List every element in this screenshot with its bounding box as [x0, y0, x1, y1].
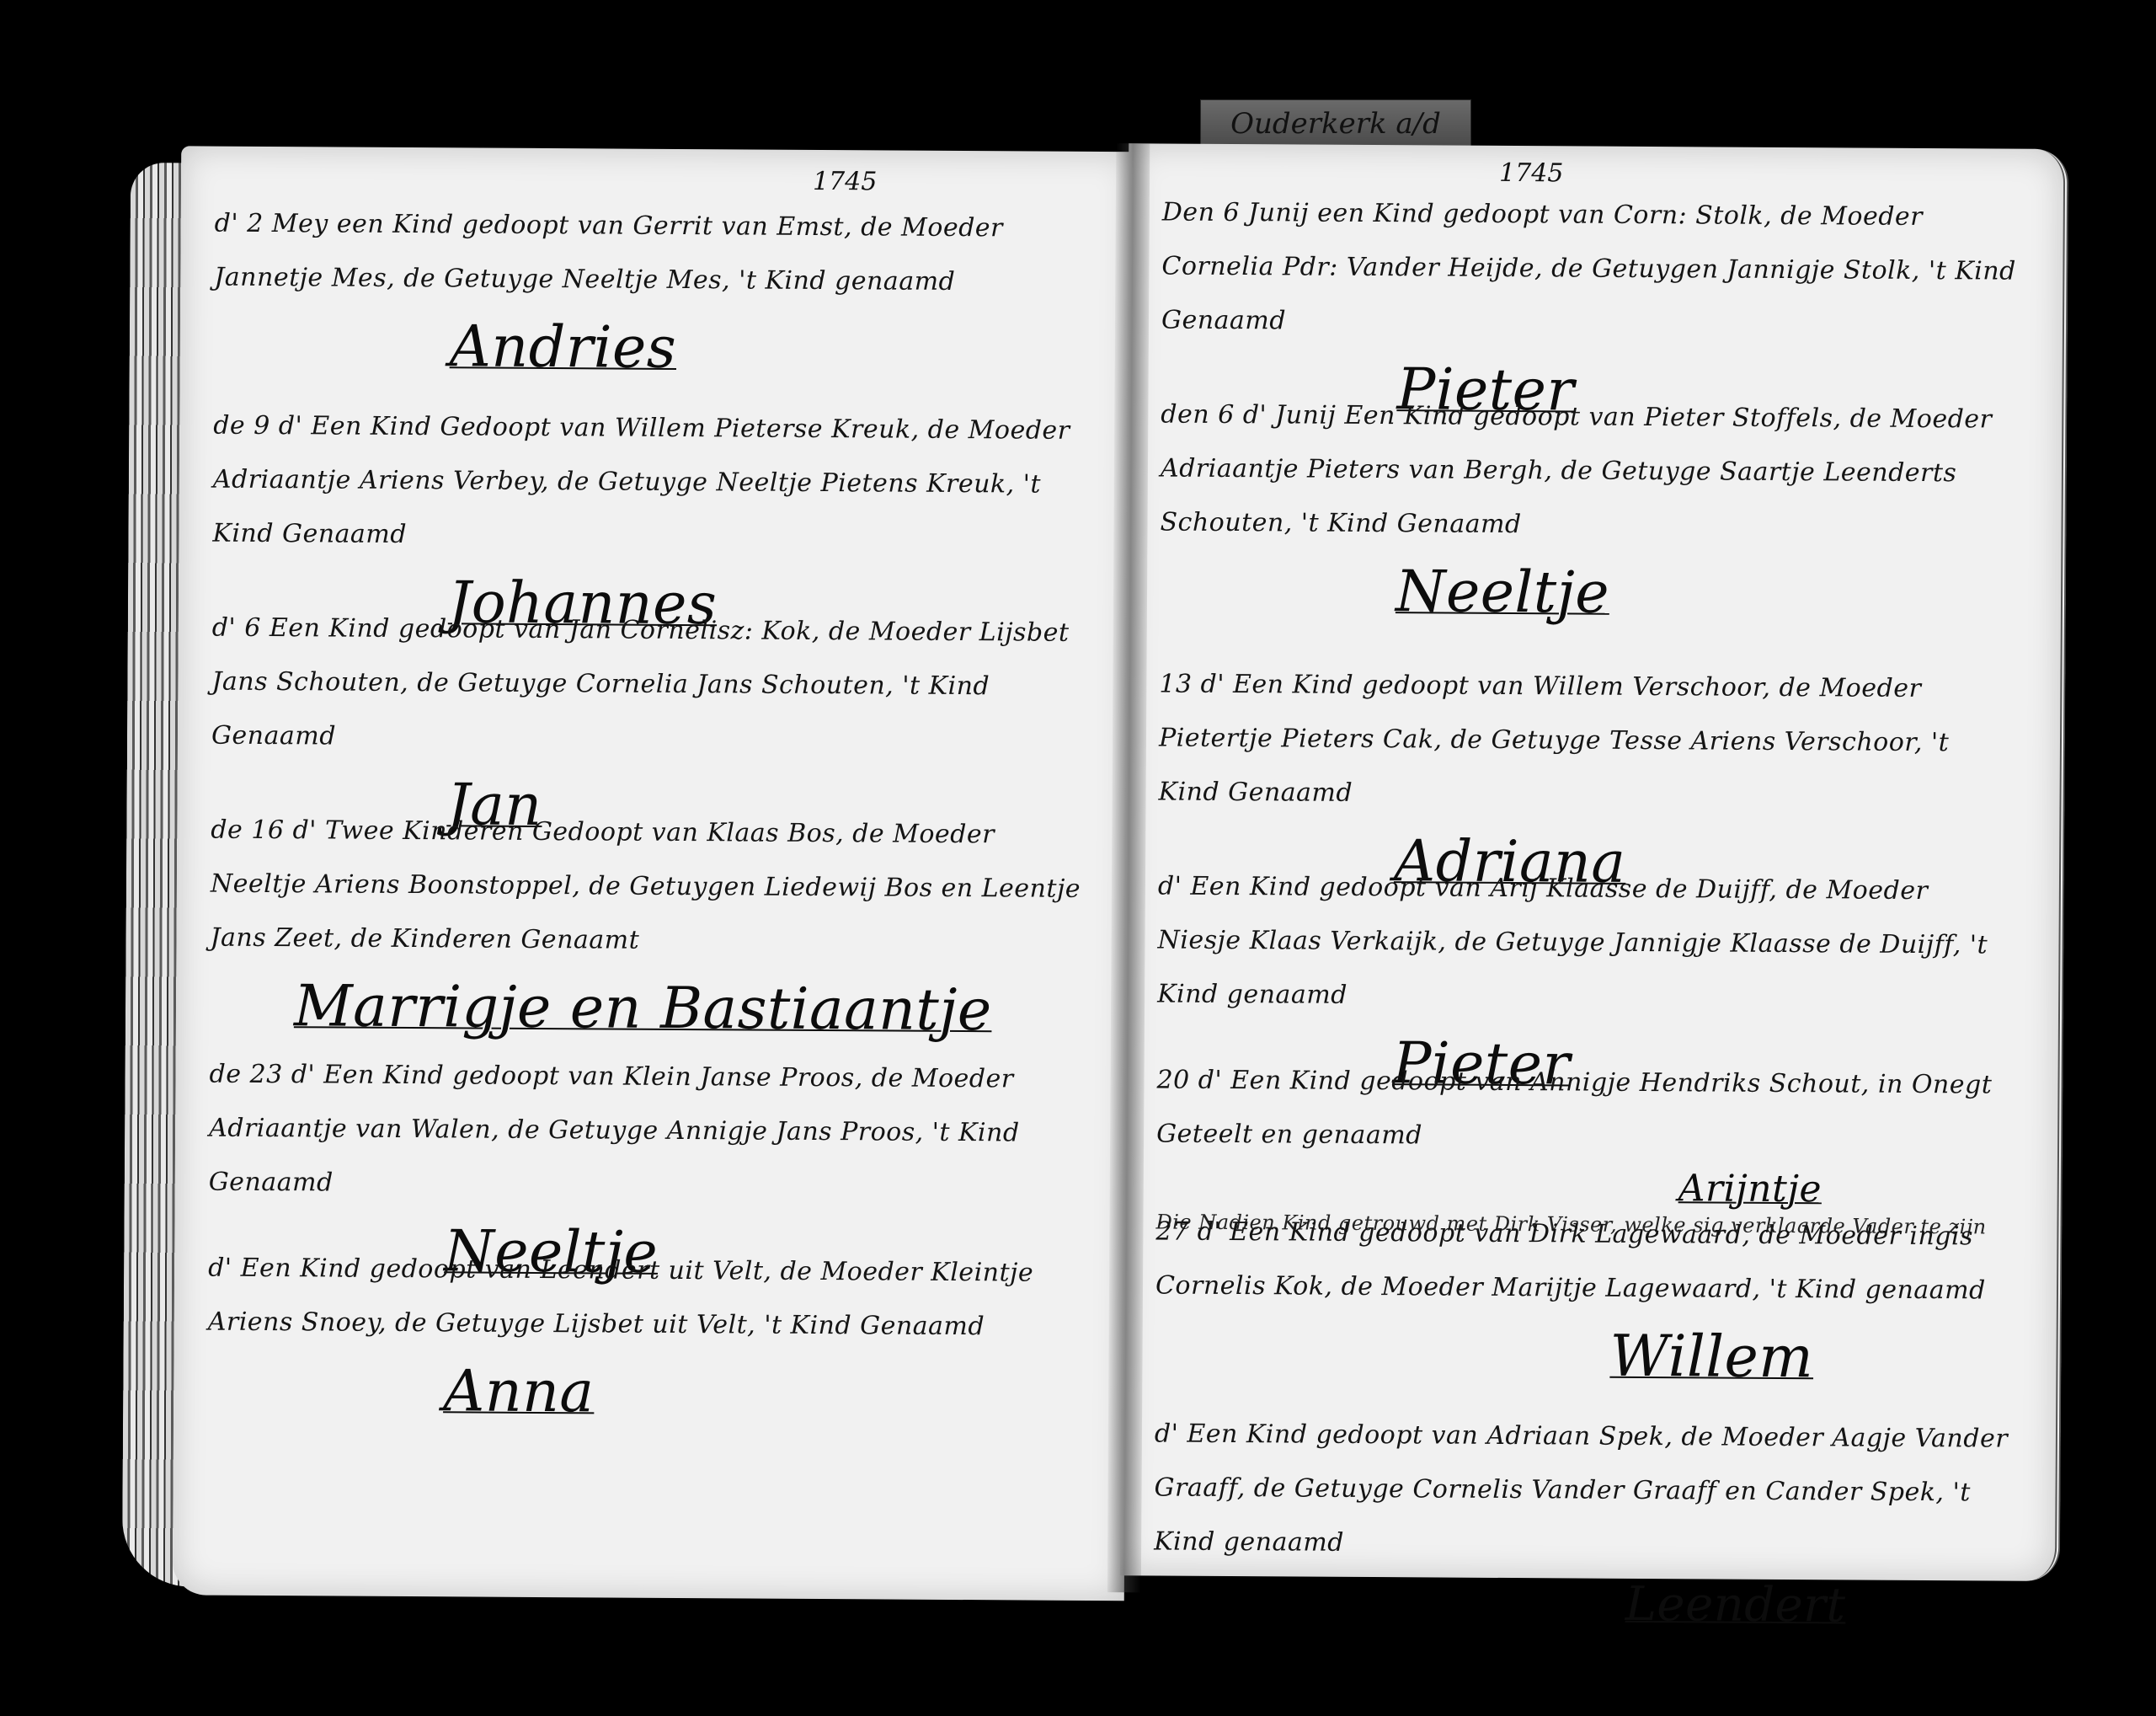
entry-text: Den 6 Junij een Kind gedoopt van Corn: S… [1161, 185, 2021, 352]
entry-text: d' Een Kind gedoopt van Adriaan Spek, de… [1154, 1407, 2014, 1574]
entry-text: 20 d' Een Kind gedoopt van Annigje Hendr… [1156, 1053, 2016, 1166]
archive-label: Ouderkerk a/d IJssel [1200, 99, 1471, 148]
baptism-entry: d' Een Kind gedoopt van Leendert uit Vel… [207, 1242, 1084, 1434]
baptism-entry: de 16 d' Twee Kinderen Gedoopt van Klaas… [210, 804, 1087, 1050]
child-name: Willem [1155, 1316, 2015, 1397]
entry-text: 27 d' Een Kind gedoopt van Dirk Lagewaar… [1155, 1205, 2015, 1318]
right-page: 1745 Den 6 Junij een Kind gedoopt van Co… [1120, 143, 2068, 1581]
child-name: Andries [214, 308, 1091, 389]
page-year: 1745 [1499, 158, 1564, 188]
entry-text: d' 2 Mey een Kind gedoopt van Gerrit van… [214, 197, 1091, 310]
entry-text: den 6 d' Junij Een Kind gedoopt van Piet… [1160, 388, 2020, 554]
entry-text: de 23 d' Een Kind gedoopt van Klein Jans… [209, 1048, 1086, 1215]
left-page: 1745 d' 2 Mey een Kind gedoopt van Gerri… [173, 146, 1133, 1601]
entry-text: d' Een Kind gedoopt van Arij Klaasse de … [1157, 859, 2017, 1026]
baptism-entry: d' 2 Mey een Kind gedoopt van Gerrit van… [214, 197, 1091, 389]
register-book: 1745 d' 2 Mey een Kind gedoopt van Gerri… [122, 137, 2068, 1615]
child-name: Neeltje [1160, 553, 2020, 633]
entry-text: 13 d' Een Kind gedoopt van Willem Versch… [1158, 657, 2018, 824]
child-name: Arijntje [1156, 1164, 2015, 1211]
child-name: Anna [207, 1353, 1084, 1434]
entry-text: de 16 d' Twee Kinderen Gedoopt van Klaas… [210, 804, 1086, 970]
child-name: Leendert [1154, 1572, 2013, 1636]
page-year: 1745 [813, 167, 878, 196]
baptism-entry: d' Een Kind gedoopt van Adriaan Spek, de… [1154, 1407, 2015, 1636]
baptism-entry: 27 d' Een Kind gedoopt van Dirk Lagewaar… [1155, 1205, 2015, 1397]
entry-text: d' 6 Een Kind gedoopt van Jan Cornelisz:… [211, 601, 1088, 768]
entry-text: de 9 d' Een Kind Gedoopt van Willem Piet… [212, 399, 1089, 566]
entry-text: d' Een Kind gedoopt van Leendert uit Vel… [208, 1242, 1085, 1355]
child-name: Marrigje en Bastiaantje [210, 969, 1086, 1050]
baptism-entry: den 6 d' Junij Een Kind gedoopt van Piet… [1160, 388, 2020, 633]
